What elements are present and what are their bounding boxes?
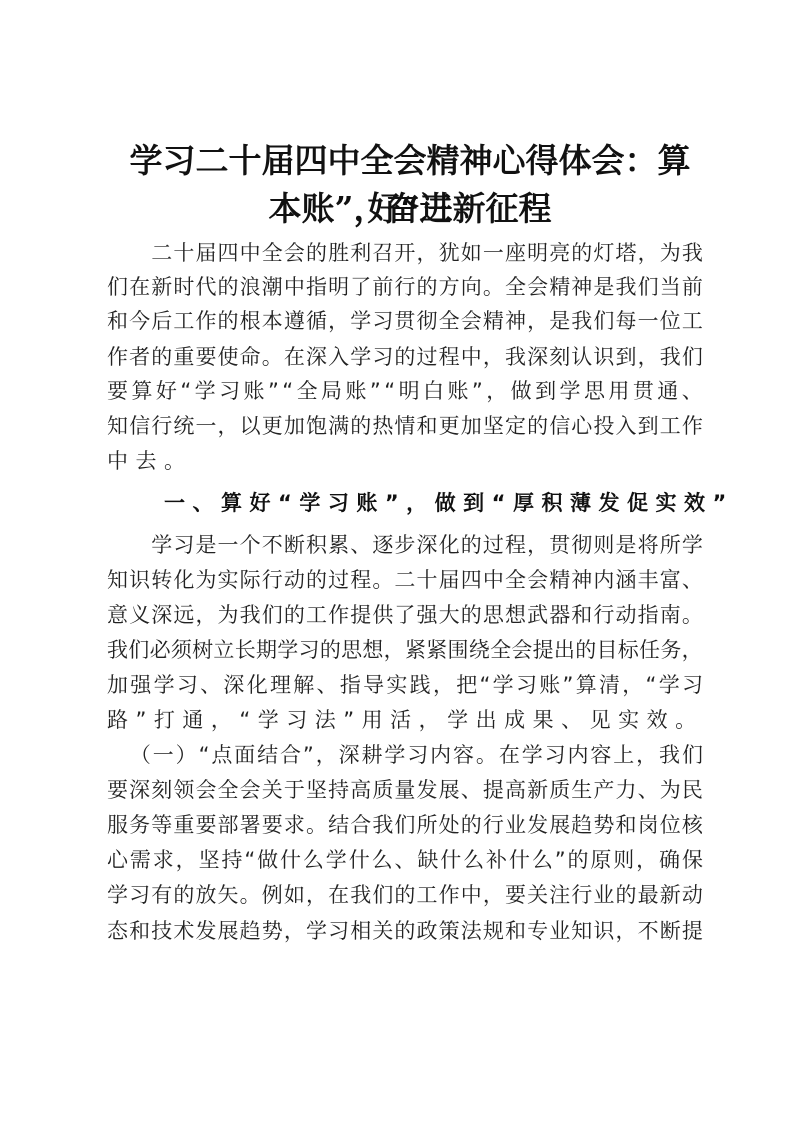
document-page: 学习二十届四中全会精神心得体会：算好“三 本账”，奋进新征程 二十届四中全会的胜… [0,0,800,1131]
paragraph-line: 们在新时代的浪潮中指明了前行的方向。全会精神是我们当前 [107,272,703,302]
paragraph-line: 学习有的放矢。例如，在我们的工作中，要关注行业的最新动 [107,880,703,910]
paragraph-line: 意义深远，为我们的工作提供了强大的思想武器和行动指南。 [107,600,703,630]
document-title-line-2: 本账”，奋进新征程 [100,185,720,233]
paragraph-line: 和今后工作的根本遵循，学习贯彻全会精神，是我们每一位工 [107,306,703,336]
paragraph-line: 路”打通，“学习法”用活，学出成果、见实效。 [107,705,703,735]
paragraph-line: 加强学习、深化理解、指导实践，把“学习账”算清，“学习 [107,670,703,700]
paragraph-line: 知信行统一，以更加饱满的热情和更加坚定的信心投入到工作 [107,411,703,441]
paragraph-line: 作者的重要使命。在深入学习的过程中，我深刻认识到，我们 [107,342,703,372]
paragraph-line: 中去。 [107,446,703,476]
paragraph-line: 要深刻领会全会关于坚持高质量发展、提高新质生产力、为民 [107,775,703,805]
paragraph-line: 我们必须树立长期学习的思想，紧紧围绕全会提出的目标任务， [107,635,703,665]
paragraph-line: （一）“点面结合”，深耕学习内容。在学习内容上，我们 [107,740,703,770]
paragraph-line: 服务等重要部署要求。结合我们所处的行业发展趋势和岗位核 [107,810,703,840]
paragraph-line: 要算好“学习账”“全局账”“明白账”，做到学思用贯通、 [107,376,703,406]
paragraph-line: 知识转化为实际行动的过程。二十届四中全会精神内涵丰富、 [107,565,703,595]
paragraph-line: 态和技术发展趋势，学习相关的政策法规和专业知识，不断提 [107,916,703,946]
paragraph-line: 二十届四中全会的胜利召开，犹如一座明亮的灯塔，为我 [107,238,703,268]
paragraph-line: 心需求，坚持“做什么学什么、缺什么补什么”的原则，确保 [107,845,703,875]
section-heading: 一、算好“学习账”，做到“厚积薄发促实效” [107,488,703,518]
paragraph-line: 学习是一个不断积累、逐步深化的过程，贯彻则是将所学 [107,530,703,560]
